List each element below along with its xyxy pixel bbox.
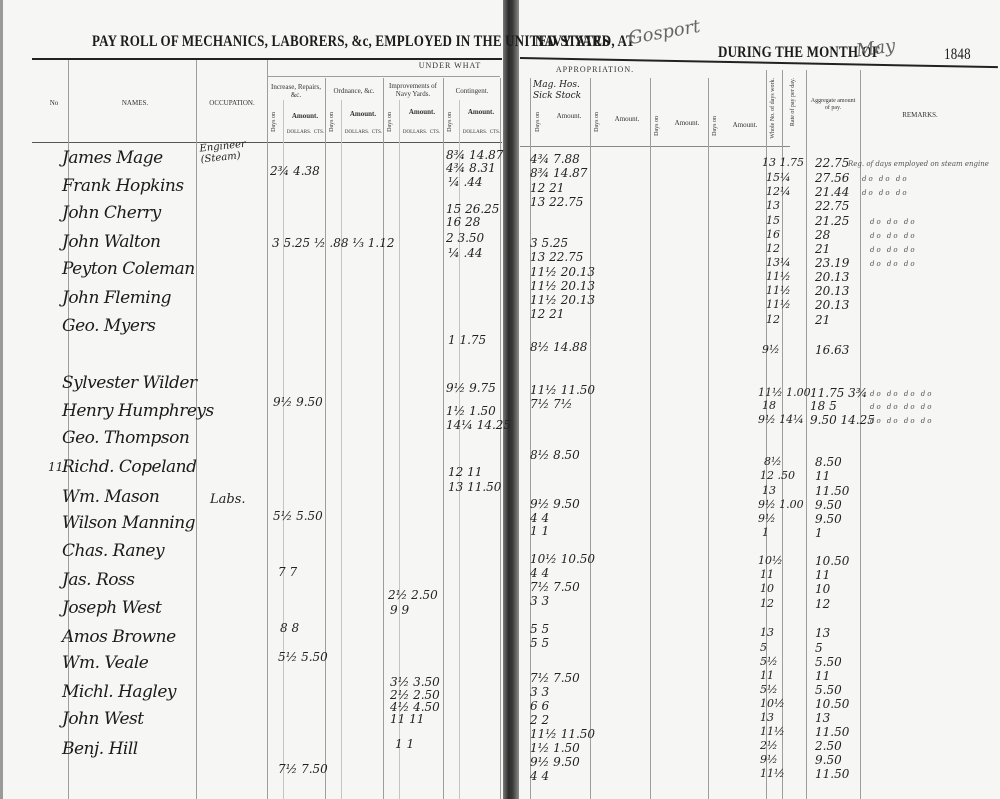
increase-entry: 5½ 5.50 (278, 650, 328, 664)
employee-name: Wm. Mason (62, 487, 159, 507)
year-value: 1848 (944, 44, 971, 64)
whole-days-entry: 11 (760, 568, 774, 581)
appropriation-entry: 11½ 11.50 (530, 383, 595, 397)
employee-name: Henry Humphreys (62, 401, 214, 421)
appropriation-entry: 9½ 9.50 (530, 497, 580, 511)
days-on-label: Days on (271, 112, 277, 132)
aggregate-entry: 11.50 (815, 767, 849, 781)
whole-days-entry: 11½ (766, 270, 791, 283)
col-header-increase-repairs: Increase, Repairs, &c. (268, 84, 324, 99)
aggregate-entry: 13 (815, 626, 830, 640)
remark-entry: do do do (870, 232, 917, 240)
appropriation-entry: 10½ 10.50 (530, 552, 595, 566)
aggregate-entry: 20.13 (815, 270, 849, 284)
contingent-entry: 15 26.25 (446, 202, 499, 216)
days-on-label: Days on (329, 112, 335, 132)
whole-days-entry: 9½ 1.00 (758, 498, 804, 511)
aggregate-entry: 11 (815, 469, 830, 483)
aggregate-entry: 5 (815, 641, 823, 655)
appropriation-entry: 12 21 (530, 307, 564, 321)
col-line-sub (341, 100, 342, 799)
aggregate-entry: 11 (815, 568, 830, 582)
aggregate-entry: 20.13 (815, 284, 849, 298)
whole-days-entry: 11½ (760, 725, 785, 738)
appropriation-entry: 11½ 11.50 (530, 727, 595, 741)
whole-days-entry: 9½ 14¼ (758, 413, 804, 426)
dollars-label: DOLLARS. (285, 130, 313, 136)
whole-days-entry: 11½ (760, 767, 785, 780)
appropriation-entry: 3 3 (530, 685, 549, 699)
col-line (590, 78, 591, 799)
whole-days-entry: 12 (760, 597, 774, 610)
col-line (443, 78, 444, 799)
improvements-entry: 11 11 (390, 712, 424, 726)
col-header-names: NAMES. (100, 100, 170, 108)
col-header-occupation: OCCUPATION. (200, 100, 264, 108)
appropriation-entry: 11½ 20.13 (530, 293, 595, 307)
aggregate-entry: 18 5 (810, 399, 837, 413)
employee-name: James Mage (62, 148, 163, 168)
employee-name: Jas. Ross (62, 570, 134, 590)
amount-label: Amount. (548, 113, 590, 121)
appropriation-entry: 5 5 (530, 636, 549, 650)
amount-label: Amount. (606, 116, 648, 124)
appropriation-entry: 12 21 (530, 181, 564, 195)
row-number: 11 (48, 460, 63, 474)
aggregate-entry: 10.50 (815, 554, 849, 568)
increase-entry: 9½ 9.50 (273, 395, 323, 409)
appropriation-entry: 3 5.25 (530, 236, 568, 250)
amount-label: Amount. (285, 113, 325, 121)
employee-name: Richd. Copeland (62, 457, 197, 477)
employee-name: Geo. Thompson (62, 428, 189, 448)
amount-label: Amount. (461, 109, 501, 117)
whole-days-entry: 15¼ (766, 171, 791, 184)
appropriation-entry: 13 22.75 (530, 195, 583, 209)
aggregate-entry: 12 (815, 597, 830, 611)
whole-days-entry: 16 (766, 228, 780, 241)
days-on-label: Days on (712, 116, 718, 136)
whole-days-entry: 11½ (766, 298, 791, 311)
contingent-entry: ¼ .44 (448, 175, 483, 189)
aggregate-entry: 9.50 (815, 498, 842, 512)
employee-name: Wilson Manning (62, 513, 195, 533)
contingent-entry: 1 1.75 (448, 333, 486, 347)
whole-days-entry: 5½ (760, 655, 778, 668)
days-on-label: Days on (447, 112, 453, 132)
days-on-label: Days on (387, 112, 393, 132)
whole-days-entry: 10½ (758, 554, 783, 567)
aggregate-entry: 2.50 (815, 739, 842, 753)
contingent-entry: 2 3.50 (446, 231, 484, 245)
increase-entry: 7 7 (278, 565, 297, 579)
aggregate-entry: 11.50 (815, 484, 849, 498)
whole-days-entry: 12 (766, 313, 780, 326)
whole-days-entry: 12¼ (766, 185, 791, 198)
appropriation-entry: 7½ 7½ (530, 397, 572, 411)
aggregate-entry: 21 (815, 313, 830, 327)
employee-name: Frank Hopkins (62, 176, 184, 196)
whole-days-entry: 1 (762, 526, 769, 539)
aggregate-entry: 9.50 (815, 512, 842, 526)
aggregate-entry: 9.50 14.25 (810, 413, 875, 427)
document-title-left: PAY ROLL OF MECHANICS, LABORERS, &c, EMP… (92, 31, 610, 51)
aggregate-entry: 11 (815, 669, 830, 683)
increase-entry: 2¾ 4.38 (270, 164, 320, 178)
appropriation-entry: 13 22.75 (530, 250, 583, 264)
employee-name: Amos Browne (62, 627, 176, 647)
col-line (325, 78, 326, 799)
whole-days-entry: 13¼ (766, 256, 791, 269)
improvements-entry: 3½ 3.50 (390, 675, 440, 689)
amount-label: Amount. (343, 111, 383, 119)
remark-entry: do do do (862, 175, 909, 183)
whole-days-entry: 9½ (762, 343, 780, 356)
employee-name: Sylvester Wilder (62, 373, 197, 393)
employee-name: Chas. Raney (62, 541, 164, 561)
remark-entry: do do do do (870, 417, 933, 425)
appropriation-entry: 11½ 20.13 (530, 265, 595, 279)
col-header-aggregate: Aggregate amount of pay. (808, 98, 858, 111)
aggregate-entry: 20.13 (815, 298, 849, 312)
contingent-entry: 12 11 (448, 465, 482, 479)
aggregate-entry: 10 (815, 582, 830, 596)
amount-label: Amount. (724, 122, 766, 130)
appropriation-entry: 4 4 (530, 769, 549, 783)
days-on-label: Days on (594, 112, 600, 132)
col-line (806, 70, 807, 799)
document-title-navy-yard: NAVY YARD, AT (535, 31, 635, 51)
aggregate-entry: 28 (815, 228, 830, 242)
employee-name: Peyton Coleman (62, 259, 195, 279)
col-header-improvements: Improvements of Navy Yards. (384, 83, 442, 98)
increase-entry: 8 8 (280, 621, 299, 635)
aggregate-entry: 10.50 (815, 697, 849, 711)
dollars-label: DOLLARS. (343, 130, 371, 136)
col-header-remarks: REMARKS. (890, 112, 950, 120)
whole-days-entry: 2½ (760, 739, 778, 752)
col-header-no: No (44, 100, 64, 108)
whole-days-entry: 12 (766, 242, 780, 255)
remark-entry: do do do (862, 189, 909, 197)
aggregate-entry: 21.44 (815, 185, 849, 199)
handwritten-appropriation: Mag. Hos. Sick Stock (533, 80, 589, 102)
whole-days-entry: 15 (766, 214, 780, 227)
aggregate-entry: 1 (815, 526, 823, 540)
col-line (267, 60, 268, 799)
col-header-ordnance: Ordnance, &c. (326, 88, 382, 96)
employee-name: John Cherry (62, 203, 161, 223)
book-gutter (503, 0, 519, 799)
days-on-label: Days on (654, 116, 660, 136)
col-line (650, 78, 651, 799)
col-header-under-what: UNDER WHAT (400, 62, 500, 71)
contingent-entry: 9½ 9.75 (446, 381, 496, 395)
whole-days-entry: 13 (760, 626, 774, 639)
col-header-appropriation: APPROPRIATION. (545, 66, 645, 75)
whole-days-entry: 11½ 1.00 (758, 386, 811, 399)
contingent-entry: 1½ 1.50 (446, 404, 496, 418)
remark-entry: do do do (870, 246, 917, 254)
improvements-entry: 9 9 (390, 603, 409, 617)
increase-entry: 7½ 7.50 (278, 762, 328, 776)
contingent-entry: 16 28 (446, 215, 480, 229)
contingent-entry: 14¼ 14.25 (446, 418, 511, 432)
whole-days-entry: 13 (760, 711, 774, 724)
appropriation-entry: 8¾ 14.87 (530, 166, 587, 180)
aggregate-entry: 5.50 (815, 683, 842, 697)
whole-days-entry: 9½ (758, 512, 776, 525)
contingent-entry: 4¾ 8.31 (446, 161, 496, 175)
cts-label: CTS. (429, 130, 441, 136)
col-line (708, 78, 709, 799)
whole-days-entry: 11½ (766, 284, 791, 297)
appropriation-entry: 3 3 (530, 594, 549, 608)
whole-days-entry: 8½ (764, 455, 782, 468)
whole-days-entry: 5 (760, 641, 767, 654)
col-line (500, 78, 501, 799)
whole-days-entry: 9½ (760, 753, 778, 766)
aggregate-entry: 11.75 3¾ (810, 386, 867, 400)
aggregate-entry: 21 (815, 242, 830, 256)
remark-entry: do do do do (870, 390, 933, 398)
employee-name: John Fleming (62, 288, 171, 308)
dollars-label: DOLLARS. (401, 130, 429, 136)
col-line (860, 70, 861, 799)
improvements-entry: 1 1 (395, 737, 414, 751)
days-on-label: Days on (535, 112, 541, 132)
col-header-whole-days: Whole No. of days work. (770, 78, 776, 139)
whole-days-entry: 12 .50 (760, 469, 795, 482)
appropriation-entry: 9½ 9.50 (530, 755, 580, 769)
appropriation-entry: 6 6 (530, 699, 549, 713)
amount-label: Amount. (401, 109, 443, 117)
whole-days-entry: 13 1.75 (762, 156, 804, 169)
contingent-entry: 8¾ 14.87 (446, 148, 503, 162)
col-header-contingent: Contingent. (444, 88, 500, 96)
employee-name: John Walton (62, 232, 160, 252)
aggregate-entry: 5.50 (815, 655, 842, 669)
aggregate-entry: 11.50 (815, 725, 849, 739)
contingent-entry: ¼ .44 (448, 246, 483, 260)
appropriation-entry: 4 4 (530, 566, 549, 580)
remark-entry: do do do (870, 218, 917, 226)
header-divider (267, 76, 500, 77)
col-line (196, 60, 197, 799)
whole-days-entry: 13 (766, 199, 780, 212)
whole-days-entry: 11 (760, 669, 774, 682)
appropriation-entry: 4 4 (530, 511, 549, 525)
whole-days-entry: 10 (760, 582, 774, 595)
aggregate-entry: 9.50 (815, 753, 842, 767)
occupation-laborers: Labs. (210, 492, 246, 507)
appropriation-entry: 8½ 8.50 (530, 448, 580, 462)
aggregate-entry: 22.75 (815, 156, 849, 170)
col-header-rate-per-day: Rate of pay per day. (790, 78, 796, 126)
dollars-label: DOLLARS. (461, 130, 489, 136)
remark-entry: Reg. of days employed on steam engine (848, 160, 989, 168)
remark-entry: do do do do (870, 403, 933, 411)
appropriation-entry: 5 5 (530, 622, 549, 636)
amount-label: Amount. (666, 120, 708, 128)
aggregate-entry: 27.56 (815, 171, 849, 185)
increase-entry: 3 5.25 ½ .88 ⅓ 1.12 (272, 236, 395, 250)
appropriation-entry: 1 1 (530, 524, 549, 538)
header-bottom-rule-right (520, 146, 790, 147)
remark-entry: do do do (870, 260, 917, 268)
employee-name: Michl. Hagley (62, 682, 176, 702)
appropriation-entry: 2 2 (530, 713, 549, 727)
cts-label: CTS. (313, 130, 325, 136)
aggregate-entry: 13 (815, 711, 830, 725)
col-line-sub (283, 100, 284, 799)
increase-entry: 5½ 5.50 (273, 509, 323, 523)
aggregate-entry: 22.75 (815, 199, 849, 213)
contingent-entry: 13 11.50 (448, 480, 501, 494)
cts-label: CTS. (371, 130, 383, 136)
aggregate-entry: 23.19 (815, 256, 849, 270)
whole-days-entry: 10½ (760, 697, 785, 710)
employee-name: Joseph West (62, 598, 161, 618)
appropriation-entry: 7½ 7.50 (530, 580, 580, 594)
employee-name: Wm. Veale (62, 653, 148, 673)
employee-name: John West (62, 709, 144, 729)
employee-name: Benj. Hill (62, 739, 138, 759)
appropriation-entry: 8½ 14.88 (530, 340, 587, 354)
appropriation-entry: 7½ 7.50 (530, 671, 580, 685)
whole-days-entry: 18 (762, 399, 776, 412)
appropriation-entry: 11½ 20.13 (530, 279, 595, 293)
appropriation-entry: 4¾ 7.88 (530, 152, 580, 166)
improvements-entry: 2½ 2.50 (388, 588, 438, 602)
aggregate-entry: 8.50 (815, 455, 842, 469)
cts-label: CTS. (489, 130, 501, 136)
whole-days-entry: 5½ (760, 683, 778, 696)
appropriation-entry: 1½ 1.50 (530, 741, 580, 755)
employee-name: Geo. Myers (62, 316, 155, 336)
col-line (383, 78, 384, 799)
aggregate-entry: 16.63 (815, 343, 849, 357)
whole-days-entry: 13 (762, 484, 776, 497)
aggregate-entry: 21.25 (815, 214, 849, 228)
